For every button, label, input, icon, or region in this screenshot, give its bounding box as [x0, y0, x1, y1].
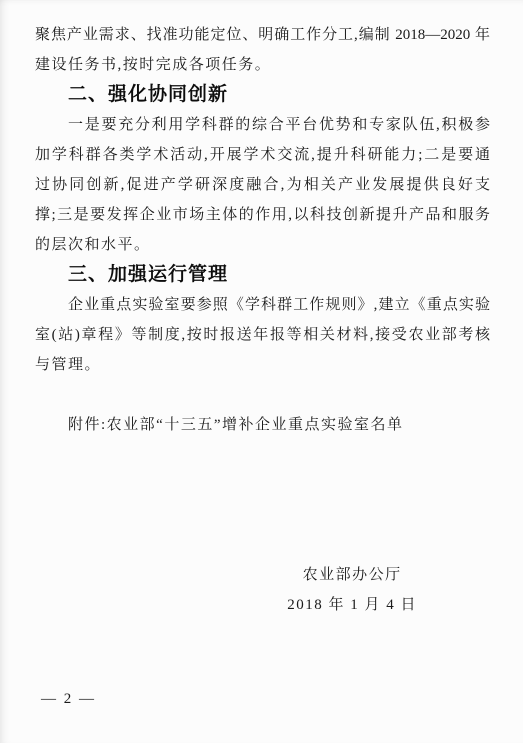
body-text-line: 加学科群各类学术活动,开展学术交流,提升科研能力;二是要通 — [35, 140, 490, 170]
body-text-line: 与管理。 — [35, 350, 490, 380]
body-text-line: 聚焦产业需求、找准功能定位、明确工作分工,编制 2018—2020 年 — [35, 20, 490, 50]
attachment-note: 附件:农业部“十三五”增补企业重点实验室名单 — [35, 410, 490, 440]
signature-block: 农业部办公厅 2018 年 1 月 4 日 — [287, 560, 417, 620]
body-text-line: 建设任务书,按时完成各项任务。 — [35, 50, 490, 80]
signer-name: 农业部办公厅 — [287, 560, 417, 590]
signature-date: 2018 年 1 月 4 日 — [287, 590, 417, 620]
document-body: 聚焦产业需求、找准功能定位、明确工作分工,编制 2018—2020 年 建设任务… — [0, 0, 523, 714]
section-2-heading: 二、强化协同创新 — [35, 80, 490, 110]
body-text-line: 室(站)章程》等制度,按时报送年报等相关材料,接受农业部考核 — [35, 320, 490, 350]
document-page: 聚焦产业需求、找准功能定位、明确工作分工,编制 2018—2020 年 建设任务… — [0, 0, 523, 743]
body-text-line: 过协同创新,促进产学研深度融合,为相关产业发展提供良好支 — [35, 170, 490, 200]
body-text-line: 的层次和水平。 — [35, 230, 490, 260]
section-3-heading: 三、加强运行管理 — [35, 260, 490, 290]
page-number: — 2 — — [41, 684, 490, 714]
body-text-line: 一是要充分利用学科群的综合平台优势和专家队伍,积极参 — [35, 110, 490, 140]
body-text-line: 撑;三是要发挥企业市场主体的作用,以科技创新提升产品和服务 — [35, 200, 490, 230]
body-text-line: 企业重点实验室要参照《学科群工作规则》,建立《重点实验 — [35, 290, 490, 320]
